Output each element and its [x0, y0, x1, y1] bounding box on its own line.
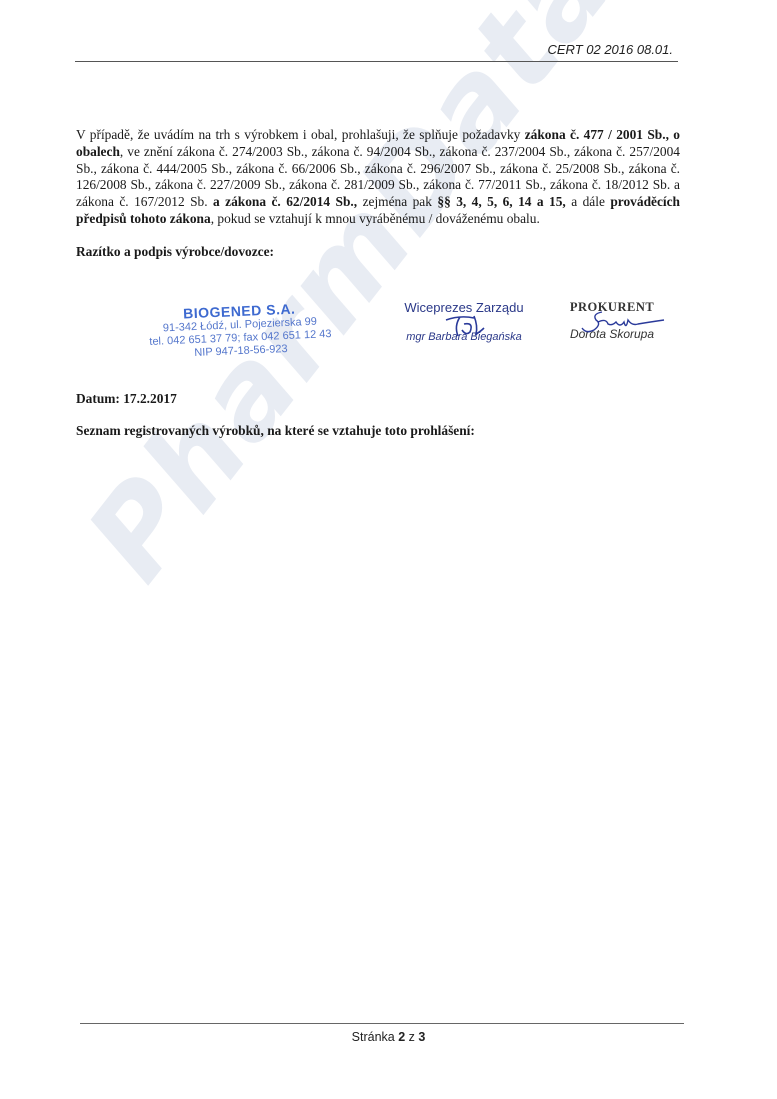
law-last: a zákona č. 62/2014 Sb., — [213, 194, 357, 209]
footer-divider — [80, 1023, 684, 1024]
handwritten-signature-icon — [440, 312, 490, 340]
signature-block: BIOGENED S.A. 91-342 Łódź, ul. Pojeziers… — [0, 298, 777, 378]
product-list-heading: Seznam registrovaných výrobků, na které … — [76, 423, 475, 439]
company-stamp: BIOGENED S.A. 91-342 Łódź, ul. Pojeziers… — [139, 294, 341, 363]
declaration-paragraph: V případě, že uvádím na trh s výrobkem i… — [76, 127, 680, 228]
date-field: Datum: 17.2.2017 — [76, 391, 177, 407]
header-divider — [75, 61, 678, 62]
law-sections: §§ 3, 4, 5, 6, 14 a 15, — [437, 194, 565, 209]
page-number: Stránka 2 z 3 — [0, 1030, 777, 1044]
declaration-intro: V případě, že uvádím na trh s výrobkem i… — [76, 127, 525, 142]
text-fragment: zejména pak — [357, 194, 437, 209]
total-pages: 3 — [418, 1030, 425, 1044]
text-fragment: , pokud se vztahují k mnou vyráběnému / … — [211, 211, 540, 226]
declaration-section: V případě, že uvádím na trh s výrobkem i… — [76, 127, 680, 260]
handwritten-signature-icon — [568, 308, 668, 342]
text-fragment: a dále — [566, 194, 611, 209]
page-separator: z — [405, 1030, 418, 1044]
page-label: Stránka — [352, 1030, 399, 1044]
signatory-prokurent: PROKURENT Dorota Skorupa — [548, 300, 676, 341]
stamp-label: Razítko a podpis výrobce/dovozce: — [76, 244, 680, 260]
document-reference: CERT 02 2016 08.01. — [547, 42, 673, 57]
signatory-vice-president: Wiceprezes Zarządu mgr Barbara Biegańska — [390, 300, 538, 343]
